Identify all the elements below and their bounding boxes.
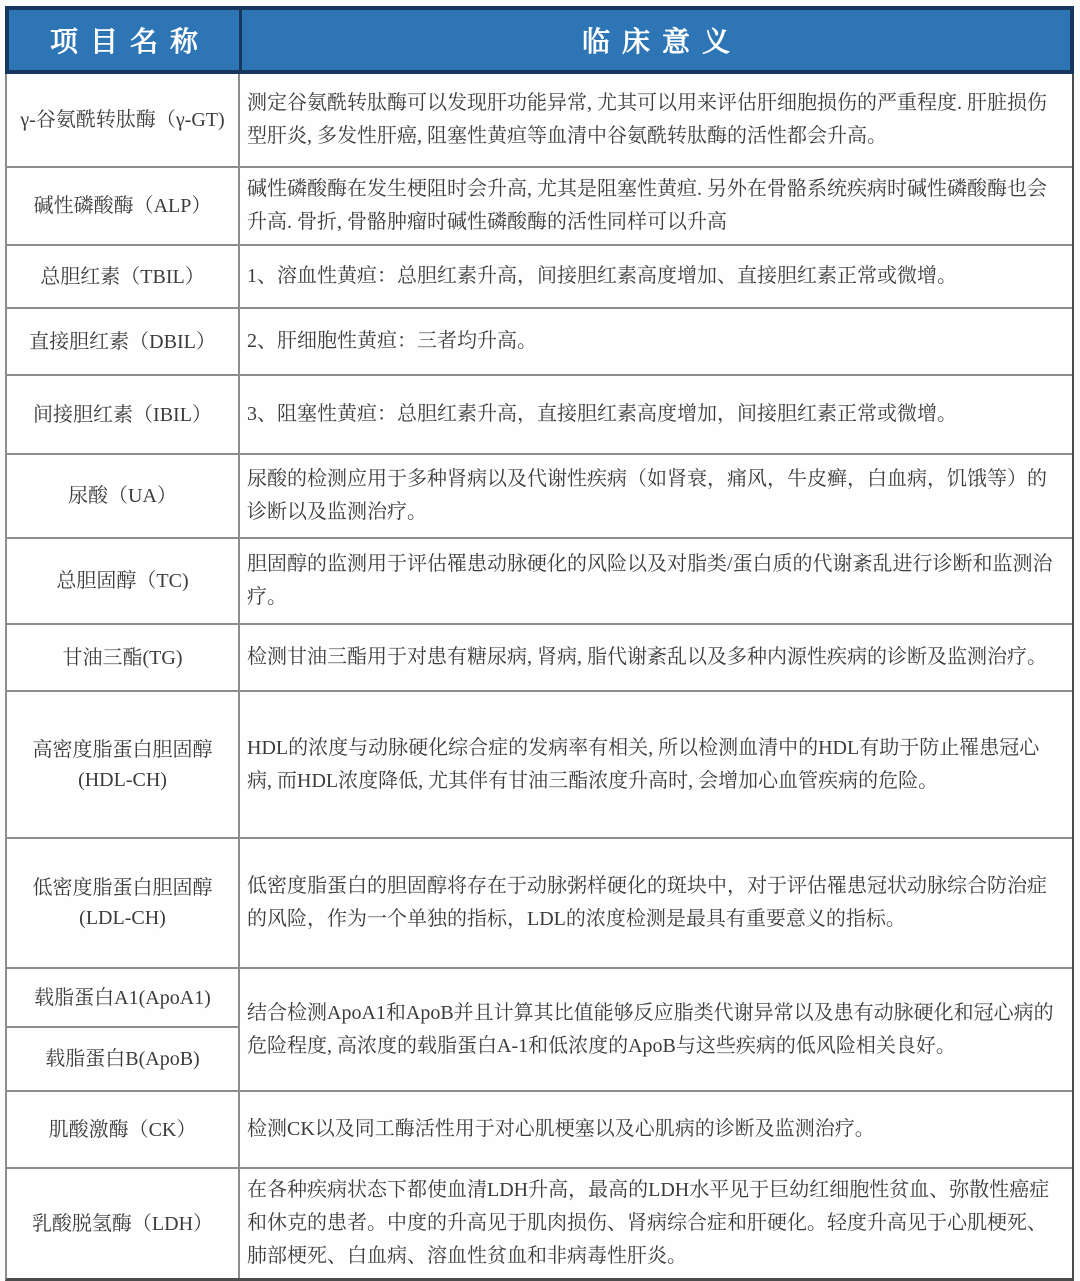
item-name-cell: 载脂蛋白A1(ApoA1) [7, 969, 238, 1026]
clinical-significance-cell: 2、肝细胞性黄疸：三者均升高。 [240, 309, 1072, 374]
table-header-row: 项目名称 临床意义 [5, 6, 1074, 74]
table-row: 总胆红素（TBIL）1、溶血性黄疸：总胆红素升高，间接胆红素高度增加、直接胆红素… [7, 244, 1072, 307]
table-row: 高密度脂蛋白胆固醇(HDL-CH)HDL的浓度与动脉硬化综合症的发病率有相关, … [7, 690, 1072, 837]
item-name-cell: 碱性磷酸酶（ALP） [7, 168, 240, 244]
clinical-significance-cell: 1、溶血性黄疸：总胆红素升高，间接胆红素高度增加、直接胆红素正常或微增。 [240, 246, 1072, 307]
clinical-significance-cell: 检测CK以及同工酶活性用于对心肌梗塞以及心肌病的诊断及监测治疗。 [240, 1092, 1072, 1167]
table-row: 尿酸（UA）尿酸的检测应用于多种肾病以及代谢性疾病（如肾衰，痛风，牛皮癣，白血病… [7, 453, 1072, 537]
item-name-cell: 总胆红素（TBIL） [7, 246, 240, 307]
table-row: 载脂蛋白A1(ApoA1)载脂蛋白B(ApoB)结合检测ApoA1和ApoB并且… [7, 967, 1072, 1090]
header-cell-item-name: 项目名称 [9, 10, 242, 70]
clinical-significance-cell: 胆固醇的监测用于评估罹患动脉硬化的风险以及对脂类/蛋白质的代谢紊乱进行诊断和监测… [240, 539, 1072, 623]
clinical-significance-cell: 在各种疾病状态下都使血清LDH升高，最高的LDH水平见于巨幼红细胞性贫血、弥散性… [240, 1169, 1072, 1278]
clinical-significance-cell: 尿酸的检测应用于多种肾病以及代谢性疾病（如肾衰，痛风，牛皮癣，白血病，饥饿等）的… [240, 455, 1072, 537]
table-row: 直接胆红素（DBIL）2、肝细胞性黄疸：三者均升高。 [7, 307, 1072, 374]
clinical-significance-cell: 低密度脂蛋白的胆固醇将存在于动脉粥样硬化的斑块中，对于评估罹患冠状动脉综合防治症… [240, 839, 1072, 967]
clinical-significance-cell: 检测甘油三酯用于对患有糖尿病, 肾病, 脂代谢紊乱以及多种内源性疾病的诊断及监测… [240, 625, 1072, 690]
table-row: γ-谷氨酰转肽酶（γ-GT)测定谷氨酰转肽酶可以发现肝功能异常, 尤其可以用来评… [7, 74, 1072, 166]
header-cell-clinical-significance: 临床意义 [242, 10, 1070, 70]
table-row: 甘油三酯(TG)检测甘油三酯用于对患有糖尿病, 肾病, 脂代谢紊乱以及多种内源性… [7, 623, 1072, 690]
item-name-cell: 直接胆红素（DBIL） [7, 309, 240, 374]
item-name-cell: 低密度脂蛋白胆固醇(LDL-CH) [7, 839, 240, 967]
table-row: 总胆固醇（TC)胆固醇的监测用于评估罹患动脉硬化的风险以及对脂类/蛋白质的代谢紊… [7, 537, 1072, 623]
table-row: 肌酸激酶（CK）检测CK以及同工酶活性用于对心肌梗塞以及心肌病的诊断及监测治疗。 [7, 1090, 1072, 1167]
merged-item-name-group: 载脂蛋白A1(ApoA1)载脂蛋白B(ApoB) [7, 969, 240, 1090]
table-row: 间接胆红素（IBIL）3、阻塞性黄疸：总胆红素升高，直接胆红素高度增加，间接胆红… [7, 374, 1072, 453]
table-row: 乳酸脱氢酶（LDH）在各种疾病状态下都使血清LDH升高，最高的LDH水平见于巨幼… [7, 1167, 1072, 1278]
table-row: 碱性磷酸酶（ALP）碱性磷酸酶在发生梗阻时会升高, 尤其是阻塞性黄疸. 另外在骨… [7, 166, 1072, 244]
clinical-significance-cell: 3、阻塞性黄疸：总胆红素升高，直接胆红素高度增加，间接胆红素正常或微增。 [240, 376, 1072, 453]
item-name-cell: 高密度脂蛋白胆固醇(HDL-CH) [7, 692, 240, 837]
item-name-cell: 总胆固醇（TC) [7, 539, 240, 623]
clinical-significance-cell: 碱性磷酸酶在发生梗阻时会升高, 尤其是阻塞性黄疸. 另外在骨骼系统疾病时碱性磷酸… [240, 168, 1072, 244]
table-row: 低密度脂蛋白胆固醇(LDL-CH)低密度脂蛋白的胆固醇将存在于动脉粥样硬化的斑块… [7, 837, 1072, 967]
item-name-cell: 间接胆红素（IBIL） [7, 376, 240, 453]
item-name-cell: 甘油三酯(TG) [7, 625, 240, 690]
clinical-significance-cell: HDL的浓度与动脉硬化综合症的发病率有相关, 所以检测血清中的HDL有助于防止罹… [240, 692, 1072, 837]
clinical-significance-cell: 结合检测ApoA1和ApoB并且计算其比值能够反应脂类代谢异常以及患有动脉硬化和… [240, 969, 1072, 1090]
item-name-cell: 肌酸激酶（CK） [7, 1092, 240, 1167]
item-name-cell: 载脂蛋白B(ApoB) [7, 1026, 238, 1090]
table-body: γ-谷氨酰转肽酶（γ-GT)测定谷氨酰转肽酶可以发现肝功能异常, 尤其可以用来评… [5, 74, 1074, 1281]
item-name-cell: γ-谷氨酰转肽酶（γ-GT) [7, 74, 240, 166]
lab-items-table: 项目名称 临床意义 γ-谷氨酰转肽酶（γ-GT)测定谷氨酰转肽酶可以发现肝功能异… [5, 6, 1074, 1281]
item-name-cell: 乳酸脱氢酶（LDH） [7, 1169, 240, 1278]
clinical-significance-cell: 测定谷氨酰转肽酶可以发现肝功能异常, 尤其可以用来评估肝细胞损伤的严重程度. 肝… [240, 74, 1072, 166]
item-name-cell: 尿酸（UA） [7, 455, 240, 537]
